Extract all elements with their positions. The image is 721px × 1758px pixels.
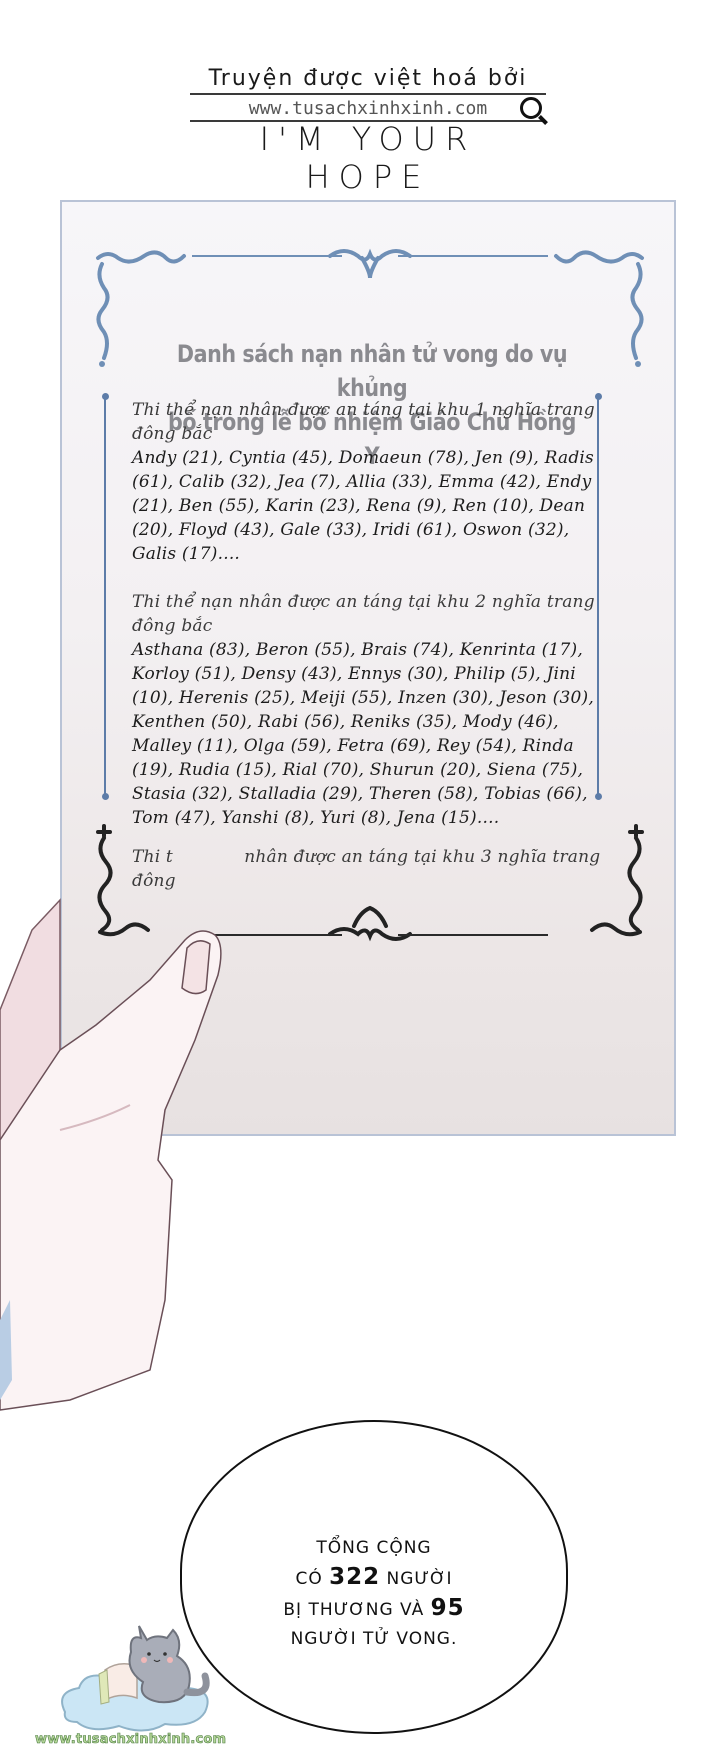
injured-count: 322 <box>329 1564 380 1590</box>
credit-line: Truyện được việt hoá bởi <box>190 66 546 95</box>
bubble-line-4: người tử vong. <box>283 1625 464 1654</box>
bubble-line-2: có 322 người <box>283 1563 464 1594</box>
footer-website[interactable]: www.tusachxinhxinh.com <box>35 1732 226 1747</box>
victim-names: Andy (21), Cyntia (45), Domaeun (78), Je… <box>132 446 612 566</box>
translator-credit: Truyện được việt hoá bởi www.tusachxinhx… <box>190 66 546 196</box>
group-name: I'M YOUR HOPE <box>190 120 546 196</box>
bubble-line-3-prefix: bị thương và <box>283 1600 430 1620</box>
speech-bubble: Tổng cộng có 322 người bị thương và 95 n… <box>180 1420 568 1734</box>
victim-names: Asthana (83), Beron (55), Brais (74), Ke… <box>132 638 612 830</box>
section-heading: Thi thể nạn nhân được an táng tại khu 1 … <box>132 398 612 446</box>
section-heading: Thi thể nạn nhân được an táng tại khu 2 … <box>132 590 612 638</box>
heading-part-2: nhân được an táng tại khu 3 nghĩa trang <box>244 847 600 867</box>
frame-line-bottom-right <box>398 934 548 936</box>
bubble-line-3: bị thương và 95 <box>283 1594 464 1625</box>
heading-part-1: Thi t <box>132 847 173 867</box>
speech-bubble-text: Tổng cộng có 322 người bị thương và 95 n… <box>283 1534 464 1654</box>
credit-website-text: www.tusachxinhxinh.com <box>249 98 487 119</box>
section-heading-line2: đông <box>132 869 612 893</box>
victim-list-paper: Danh sách nạn nhân tử vong do vụ khủng b… <box>60 200 676 1136</box>
bubble-line-2-suffix: người <box>380 1569 452 1589</box>
bubble-line-1: Tổng cộng <box>283 1534 464 1563</box>
magnifier-icon <box>520 97 542 119</box>
rail-dot <box>102 793 109 800</box>
frame-line-top <box>192 255 342 257</box>
burial-section-1: Thi thể nạn nhân được an táng tại khu 1 … <box>132 398 612 566</box>
frame-line-top-right <box>398 255 548 257</box>
bubble-line-2-prefix: có <box>295 1569 329 1589</box>
death-count: 95 <box>431 1595 465 1621</box>
left-rail <box>104 396 106 796</box>
credit-website[interactable]: www.tusachxinhxinh.com <box>190 95 546 122</box>
frame-line-bottom-left <box>192 934 342 936</box>
burial-section-3: Thi t nhân được an táng tại khu 3 nghĩa … <box>132 845 612 893</box>
title-line-1: Danh sách nạn nhân tử vong do vụ khủng <box>166 337 579 405</box>
cat-on-cloud-icon <box>55 1600 225 1740</box>
burial-section-2: Thi thể nạn nhân được an táng tại khu 2 … <box>132 590 612 830</box>
section-heading: Thi t nhân được an táng tại khu 3 nghĩa … <box>132 845 612 869</box>
